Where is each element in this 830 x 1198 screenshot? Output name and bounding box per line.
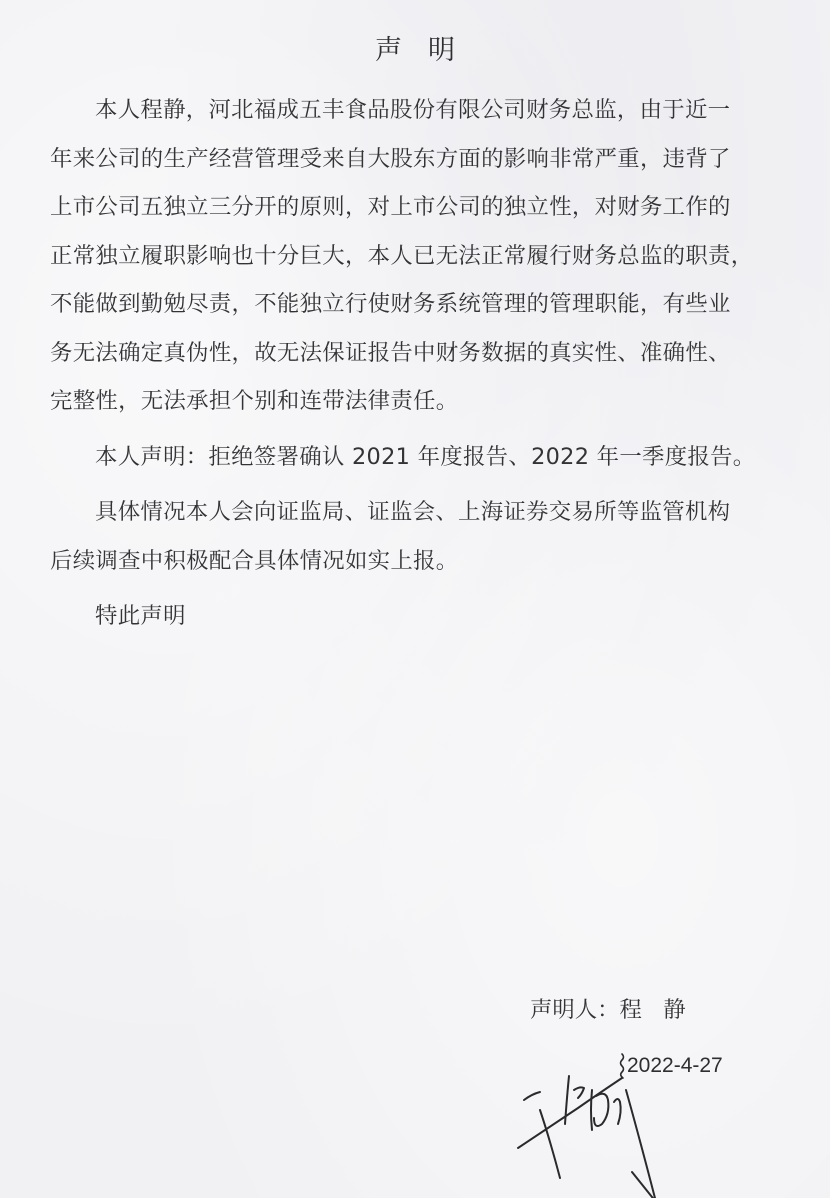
text-line: 完整性，无法承担个别和连带法律责任。: [50, 377, 780, 426]
signer-label: 声明人：程 静: [530, 997, 686, 1023]
paragraph-closing: 特此声明: [50, 592, 780, 641]
signature-block: 声明人：程 静: [530, 992, 686, 1024]
text-line: 不能做到勤勉尽责，不能独立行使财务系统管理的管理职能，有些业: [50, 280, 780, 329]
text-line: 本人程静，河北福成五丰食品股份有限公司财务总监，由于近一: [50, 86, 780, 135]
text-line: 务无法确定真伪性，故无法保证报告中财务数据的真实性、准确性、: [50, 329, 780, 378]
text-line: 特此声明: [50, 592, 780, 641]
document-body: 本人程静，河北福成五丰食品股份有限公司财务总监，由于近一 年来公司的生产经营管理…: [50, 86, 780, 641]
text-line: 上市公司五独立三分开的原则，对上市公司的独立性，对财务工作的: [50, 183, 780, 232]
text-line: 后续调查中积极配合具体情况如实上报。: [50, 537, 780, 586]
text-line: 本人声明：拒绝签署确认 2021 年度报告、2022 年一季度报告。: [50, 433, 780, 482]
paragraph-refusal-declaration: 本人声明：拒绝签署确认 2021 年度报告、2022 年一季度报告。: [50, 433, 780, 482]
text-line: 年来公司的生产经营管理受来自大股东方面的影响非常严重，违背了: [50, 135, 780, 184]
paragraph-regulator-report: 具体情况本人会向证监局、证监会、上海证券交易所等监管机构 后续调查中积极配合具体…: [50, 488, 780, 585]
scanned-document-page: 声明 本人程静，河北福成五丰食品股份有限公司财务总监，由于近一 年来公司的生产经…: [0, 0, 830, 1198]
document-title: 声明: [0, 28, 830, 67]
text-line: 具体情况本人会向证监局、证监会、上海证券交易所等监管机构: [50, 488, 780, 537]
text-line: 正常独立履职影响也十分巨大，本人已无法正常履行财务总监的职责，: [50, 232, 780, 281]
paragraph-statement-reason: 本人程静，河北福成五丰食品股份有限公司财务总监，由于近一 年来公司的生产经营管理…: [50, 86, 780, 426]
signature-date: 2022-4-27: [627, 1054, 723, 1078]
